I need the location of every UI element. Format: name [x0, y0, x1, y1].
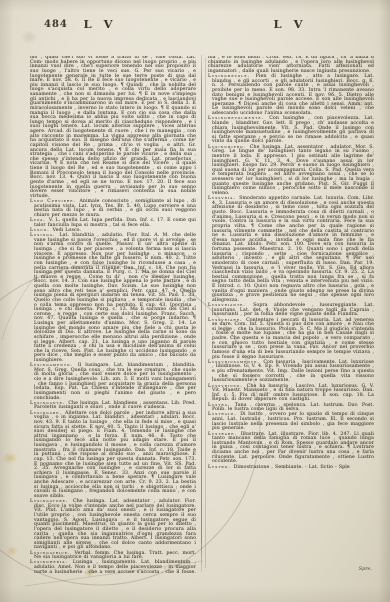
- paper-stain: [20, 30, 38, 44]
- entry-headword: Lvsinghevolmente.: [208, 116, 269, 121]
- paper-stain: [6, 546, 18, 556]
- dictionary-entry: Lvssvria. Smoderato appetito carnale. La…: [208, 197, 374, 303]
- dictionary-entry: Lvstro. Dimostrazione , Sembiante. - Lat…: [208, 466, 374, 471]
- dictionary-entry: Lvssvrioso. Che ha lussuria , Lascivo. L…: [208, 385, 374, 404]
- entry-headword: Lvsingare.: [30, 411, 65, 416]
- dictionary-entry: Lvsinghiero. Che lusinga. Lat. assentato…: [208, 146, 374, 197]
- entry-headword: Lvssvriante.: [208, 303, 253, 308]
- dictionary-entry: Lvssvriare. Contentare i peccati di luss…: [208, 319, 374, 361]
- entry-headword: Lvstro.: [208, 465, 234, 470]
- running-head-right: L V: [200, 17, 380, 31]
- left-text-column: mo , quasi che'l suo vi fosse a tratto i…: [30, 56, 196, 573]
- dictionary-entry: Lvsinghevolmente. Con lusinghe , con pia…: [208, 117, 374, 145]
- entry-headword: Lvpa.: [30, 218, 49, 223]
- entry-headword: Lvssvriare.: [208, 318, 246, 323]
- column-divider-rule-faint: [205, 58, 206, 568]
- running-head-left: L V: [0, 17, 200, 31]
- right-text-column: nia , e lo sono molli . Cron. Vell. 18. …: [208, 56, 374, 573]
- entry-headword: Lvsingamento.: [30, 363, 78, 368]
- paper-stain: [2, 452, 18, 464]
- dictionary-entry: Lvssvriosamente. Con lussuria , lascivam…: [208, 361, 374, 384]
- dictionary-entry: Lvsinghevole. Pien di lusinghe , atto a …: [208, 75, 374, 117]
- book-page-scan: 484 L V L V mo , quasi che'l suo vi foss…: [0, 0, 390, 602]
- entry-headword: Lvpo Cerviere.: [30, 199, 79, 204]
- entry-headword: Lvssvria.: [208, 196, 239, 201]
- catchword: Spre.: [300, 566, 372, 572]
- entry-headword: Lvsingatrice.: [30, 551, 75, 556]
- entry-headword: Lvsingante.: [30, 401, 68, 406]
- entry-headword: Lvsinga.: [30, 233, 59, 238]
- dictionary-entry: Lvpo Cerviere. Animale conosciuto , somi…: [30, 200, 196, 219]
- dictionary-entry: Lvssvriante. Sopra abbondevole , lussure…: [208, 304, 374, 318]
- entry-headword: Lvsingatore.: [30, 499, 73, 504]
- entry-headword: Lvstrale.: [208, 412, 240, 417]
- column-divider-rule: [201, 55, 202, 572]
- entry-headword: Lvsinghiero.: [208, 145, 250, 150]
- dictionary-entry: Lvsinga. Lat. blanditia , adulatio. Fior…: [30, 234, 196, 364]
- entry-headword: Lvssvrioso.: [208, 384, 247, 389]
- entry-headword: Lvstra.: [208, 403, 235, 408]
- dictionary-entry: nia , e lo sono molli . Cron. Vell. 18. …: [208, 56, 374, 75]
- entry-headword: Lvsingheria.: [30, 560, 73, 565]
- entry-headword: Lvssvriosamente.: [208, 360, 263, 365]
- dictionary-entry: Lvsingheria. Lusinga , lusingamento. Lat…: [30, 561, 196, 573]
- dictionary-entry: mo , quasi che'l suo vi fosse a tratto i…: [30, 56, 196, 199]
- entry-headword: Lvstrare.: [208, 432, 241, 437]
- dictionary-entry: Lvsingatore. Che lusinga. Lat. adsentato…: [30, 500, 196, 551]
- dictionary-entry: Lvpa. V. L. quella Lat. lupa perfida. Da…: [30, 219, 196, 228]
- dictionary-entry: Lvstrare. Illustrare. Lat. illustrare. F…: [208, 433, 374, 465]
- dictionary-entry: Lvstrale. Di lustro , ovvero per lo spaz…: [208, 413, 374, 432]
- dictionary-entry: Lvsingamento. Il lusingare. Lat. blandim…: [30, 364, 196, 401]
- entry-headword: Lvsinghevole.: [208, 74, 256, 79]
- dictionary-entry: Lvsingare. Allettare con dolci parole , …: [30, 412, 196, 500]
